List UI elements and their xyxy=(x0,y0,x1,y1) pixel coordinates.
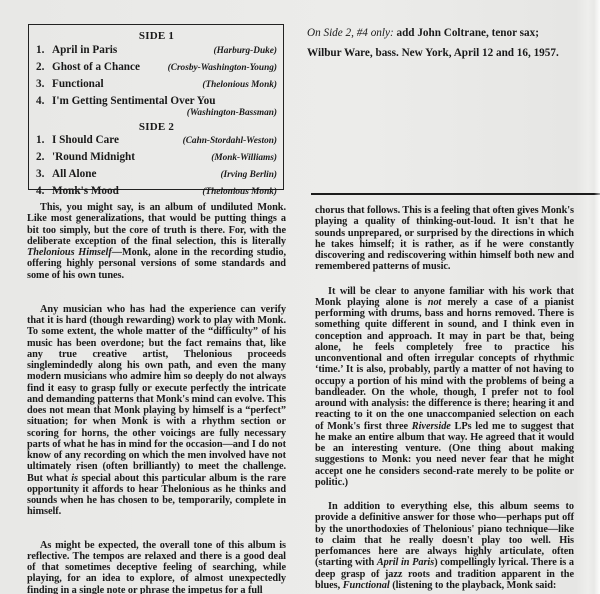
track-title: I Should Care xyxy=(52,135,183,146)
track-composer: (Thelonious Monk) xyxy=(202,188,277,197)
track-title: I'm Getting Sentimental Over You xyxy=(52,96,277,107)
liner-paragraph: This, you might say, is an album of undi… xyxy=(27,202,286,281)
track-title: All Alone xyxy=(52,169,220,180)
personnel-rest: add John Coltrane, tenor sax; xyxy=(394,27,539,39)
track-composer: (Crosby-Washington-Young) xyxy=(168,64,277,73)
italic-title: is xyxy=(71,473,78,484)
track-row: 1. I Should Care (Cahn-Stordahl-Weston) xyxy=(36,135,277,152)
liner-notes-page: SIDE 1 1. April in Paris (Harburg-Duke) … xyxy=(0,0,600,594)
liner-notes-left-column: This, you might say, is an album of undi… xyxy=(27,202,286,594)
track-composer: (Monk-Williams) xyxy=(211,154,277,163)
side-1-heading: SIDE 1 xyxy=(36,31,277,42)
italic-title: Functional xyxy=(343,580,390,591)
track-composer: (Thelonious Monk) xyxy=(202,81,277,90)
personnel-line-1: On Side 2, #4 only: add John Coltrane, t… xyxy=(307,23,597,43)
side-2-heading: SIDE 2 xyxy=(36,122,277,133)
track-composer: (Irving Berlin) xyxy=(220,171,277,180)
track-title: Ghost of a Chance xyxy=(52,62,168,73)
track-number: 3. xyxy=(36,79,52,90)
italic-title: not xyxy=(428,297,442,308)
track-title: Functional xyxy=(52,79,202,90)
track-title: 'Round Midnight xyxy=(52,152,211,163)
track-row: 1. April in Paris (Harburg-Duke) xyxy=(36,45,277,62)
personnel-note: On Side 2, #4 only: add John Coltrane, t… xyxy=(307,23,597,63)
personnel-line-2: Wilbur Ware, bass. New York, April 12 an… xyxy=(307,43,597,63)
track-number: 2. xyxy=(36,152,52,163)
liner-paragraph: In addition to everything else, this alb… xyxy=(315,501,574,591)
text-run: Any musician who has had the experience … xyxy=(27,304,286,484)
personnel-lead: On Side 2, #4 only: xyxy=(307,27,394,39)
track-row: 2. Ghost of a Chance (Crosby-Washington-… xyxy=(36,62,277,79)
track-row: 3. All Alone (Irving Berlin) xyxy=(36,169,277,186)
track-number: 4. xyxy=(36,186,52,197)
text-run: (listening to the playback, Monk said: xyxy=(390,580,557,591)
paragraph-gap xyxy=(315,273,574,286)
track-number: 1. xyxy=(36,135,52,146)
italic-title: Riverside xyxy=(412,421,451,432)
track-row: 3. Functional (Thelonious Monk) xyxy=(36,79,277,96)
text-run: This, you might say, is an album of undi… xyxy=(27,202,286,247)
track-composer: (Washington-Bassman) xyxy=(36,109,277,121)
liner-notes-right-column: chorus that follows. This is a feeling t… xyxy=(315,205,574,591)
paragraph-gap xyxy=(27,518,286,540)
paragraph-gap xyxy=(27,281,286,304)
track-title: April in Paris xyxy=(52,45,213,56)
track-row: 2. 'Round Midnight (Monk-Williams) xyxy=(36,152,277,169)
paragraph-gap xyxy=(315,488,574,501)
track-number: 4. xyxy=(36,96,52,107)
italic-title: Thelonious Himself xyxy=(27,247,112,258)
track-composer: (Harburg-Duke) xyxy=(213,47,277,56)
liner-paragraph: As might be expected, the overall tone o… xyxy=(27,540,286,594)
track-composer: (Cahn-Stordahl-Weston) xyxy=(183,137,277,146)
liner-paragraph: It will be clear to anyone familiar with… xyxy=(315,286,574,489)
track-number: 2. xyxy=(36,62,52,73)
text-run: chorus that follows. This is a feeling t… xyxy=(315,205,574,272)
liner-paragraph: chorus that follows. This is a feeling t… xyxy=(315,205,574,273)
track-row: 4. Monk's Mood (Thelonious Monk) xyxy=(36,186,277,203)
text-run: merely a case of a pianist performing wi… xyxy=(315,297,574,432)
text-run: As might be expected, the overall tone o… xyxy=(27,540,286,594)
italic-title: April in Paris xyxy=(377,557,434,568)
section-divider xyxy=(311,193,600,195)
track-number: 3. xyxy=(36,169,52,180)
page-edge-shadow xyxy=(588,0,600,594)
liner-paragraph: Any musician who has had the experience … xyxy=(27,304,286,518)
track-number: 1. xyxy=(36,45,52,56)
tracklist-box: SIDE 1 1. April in Paris (Harburg-Duke) … xyxy=(28,24,284,190)
track-title: Monk's Mood xyxy=(52,186,202,197)
